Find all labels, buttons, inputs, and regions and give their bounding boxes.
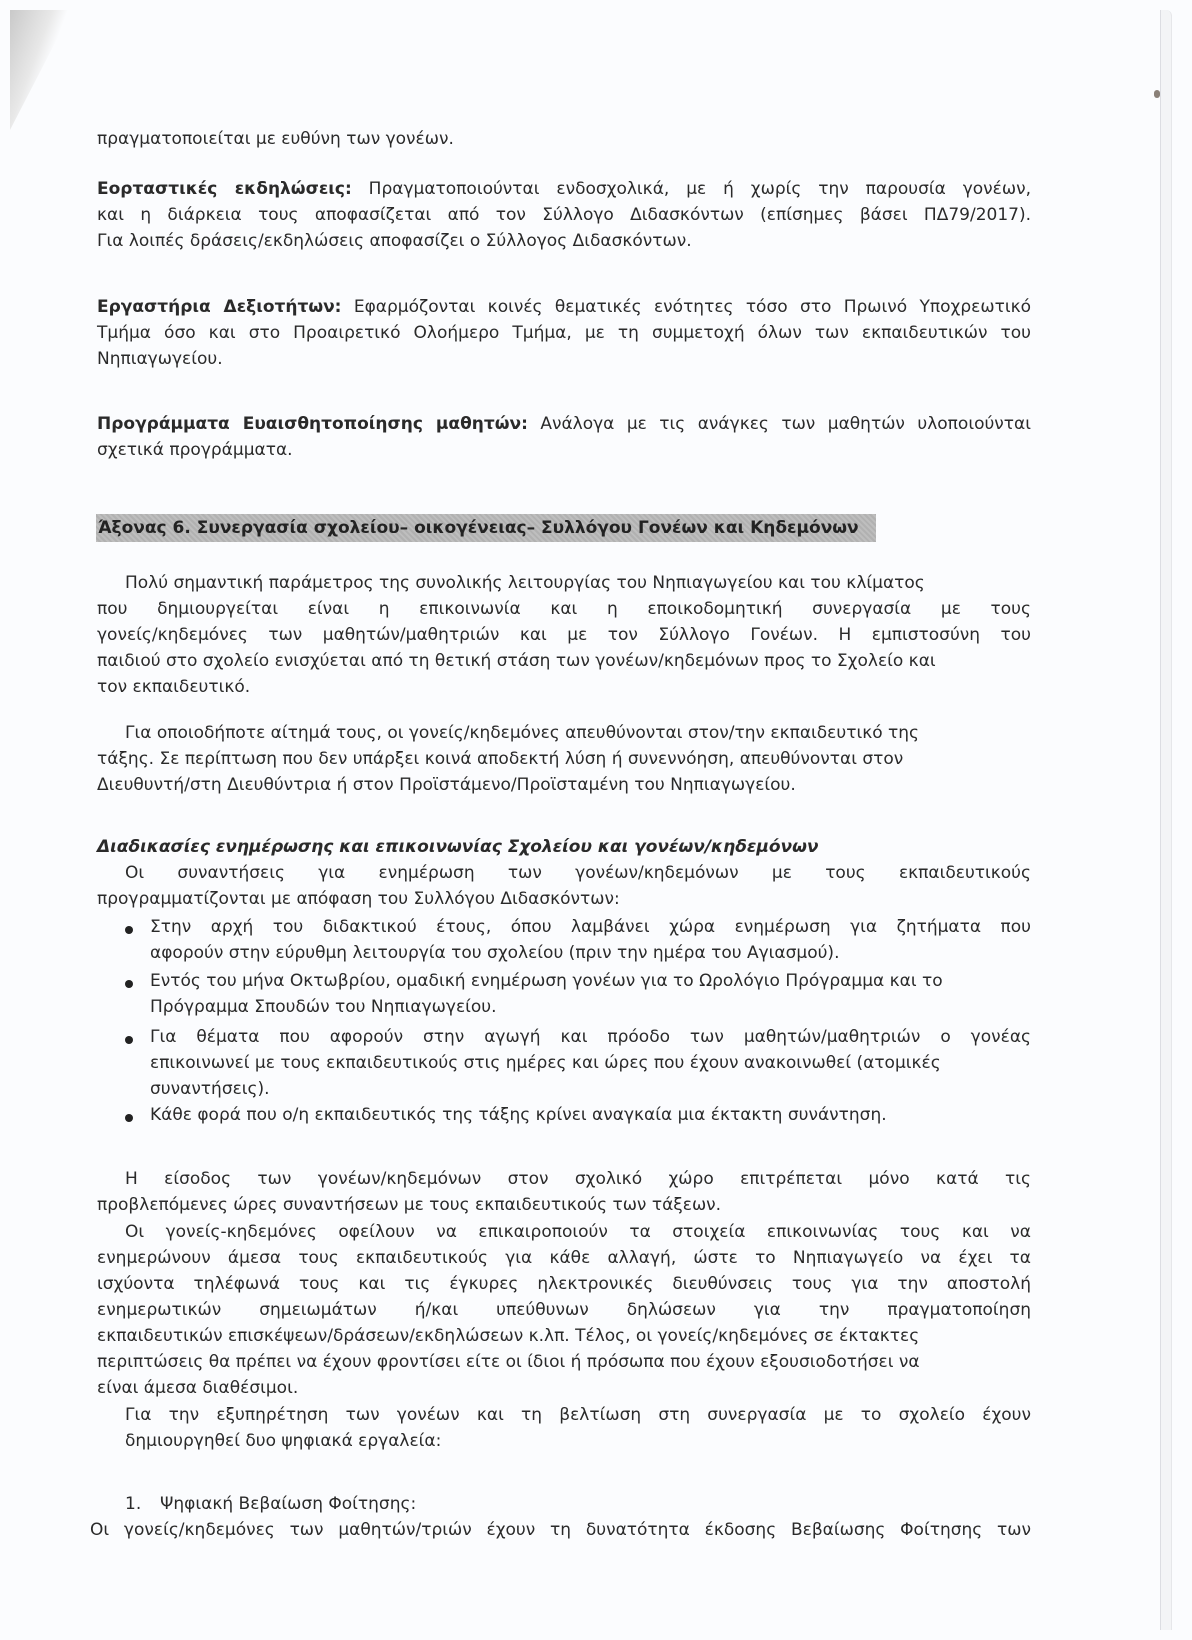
last-line: Οι γονείς/κηδεμόνες των μαθητών/τριών έχ… <box>90 1519 1031 1541</box>
bullet-3-line-3: συναντήσεις). <box>150 1078 270 1100</box>
bullet-3-line-1: Για θέματα που αφορούν στην αγωγή και πρ… <box>150 1026 1031 1048</box>
paragraph-5-line-1: Οι γονείς-κηδεμόνες οφείλουν να επικαιρο… <box>125 1221 1031 1243</box>
page-edge <box>1160 10 1172 1630</box>
workshops-line-3: Νηπιαγωγείου. <box>97 348 223 370</box>
numbered-item-label: Ψηφιακή Βεβαίωση Φοίτησης: <box>160 1493 416 1515</box>
festive-events-line-3: Για λοιπές δράσεις/εκδηλώσεις αποφασίζει… <box>97 230 692 252</box>
bullet-3-line-2: επικοινωνεί με τους εκπαιδευτικούς στις … <box>150 1052 941 1074</box>
awareness-label: Προγράμματα Ευαισθητοποίησης μαθητών: <box>97 414 528 434</box>
section-heading: Άξονας 6. Συνεργασία σχολείου– οικογένει… <box>98 517 859 539</box>
bullet-1-line-2: αφορούν στην εύρυθμη λειτουργία του σχολ… <box>150 942 839 964</box>
bullet-icon <box>125 926 133 934</box>
paragraph-4-line-2: προβλεπόμενες ώρες συναντήσεων με τους ε… <box>97 1194 721 1216</box>
bullet-4-line-1: Κάθε φορά που ο/η εκπαιδευτικός της τάξη… <box>150 1104 887 1126</box>
festive-events-text: Πραγματοποιούνται ενδοσχολικά, με ή χωρί… <box>352 179 1031 199</box>
folded-corner <box>10 10 72 130</box>
numbered-item-number: 1. <box>125 1493 141 1515</box>
bullet-2-line-2: Πρόγραμμα Σπουδών του Νηπιαγωγείου. <box>150 996 497 1018</box>
paragraph-1-line-4: παιδιού στο σχολείο ενισχύεται από τη θε… <box>97 650 936 672</box>
paragraph-1-line-2: που δημιουργείται είναι η επικοινωνία κα… <box>97 598 1031 620</box>
bullet-icon <box>125 980 133 988</box>
workshops-label: Εργαστήρια Δεξιοτήτων: <box>97 297 341 317</box>
workshops-line-1: Εργαστήρια Δεξιοτήτων: Εφαρμόζονται κοιν… <box>97 296 1031 318</box>
paragraph-4-line-1: Η είσοδος των γονέων/κηδεμόνων στον σχολ… <box>125 1168 1031 1190</box>
scan-speck <box>1154 90 1160 98</box>
paragraph-5-line-7: είναι άμεσα διαθέσιμοι. <box>97 1377 298 1399</box>
paragraph-2-line-1: Για οποιοδήποτε αίτημά τους, οι γονείς/κ… <box>125 722 919 744</box>
festive-events-line-2: και η διάρκεια τους αποφασίζεται από τον… <box>97 204 1031 226</box>
paragraph-6-line-2: δημιουργηθεί δυο ψηφιακά εργαλεία: <box>125 1430 441 1452</box>
paragraph-6-line-1: Για την εξυπηρέτηση των γονέων και τη βε… <box>125 1404 1031 1426</box>
bullet-1-line-1: Στην αρχή του διδακτικού έτους, όπου λαμ… <box>150 916 1031 938</box>
bullet-2-line-1: Εντός του μήνα Οκτωβρίου, ομαδική ενημέρ… <box>150 970 943 992</box>
bullet-icon <box>125 1036 133 1044</box>
paragraph-2-line-3: Διευθυντή/στη Διευθύντρια ή στον Προϊστά… <box>97 774 796 796</box>
workshops-line-2: Τμήμα όσο και στο Προαιρετικό Ολοήμερο Τ… <box>97 322 1031 344</box>
paragraph-5-line-2: ενημερώνουν άμεσα τους εκπαιδευτικούς γι… <box>97 1247 1031 1269</box>
workshops-text: Εφαρμόζονται κοινές θεματικές ενότητες τ… <box>341 297 1031 317</box>
awareness-text: Ανάλογα με τις ανάγκες των μαθητών υλοπο… <box>528 414 1031 434</box>
paragraph-1-line-1: Πολύ σημαντική παράμετρος της συνολικής … <box>125 572 925 594</box>
paragraph-2-line-2: τάξης. Σε περίπτωση που δεν υπάρξει κοιν… <box>97 748 903 770</box>
paragraph-3-line-1: Οι συναντήσεις για ενημέρωση των γονέων/… <box>125 862 1031 884</box>
bullet-icon <box>125 1114 133 1122</box>
subheading: Διαδικασίες ενημέρωσης και επικοινωνίας … <box>97 836 818 858</box>
scanned-document-page: πραγματοποιείται με ευθύνη των γονέων. Ε… <box>0 0 1192 1640</box>
awareness-line-1: Προγράμματα Ευαισθητοποίησης μαθητών: Αν… <box>97 413 1031 435</box>
paragraph-5-line-3: ισχύοντα τηλέφωνά τους και τις έγκυρες η… <box>97 1273 1031 1295</box>
paragraph-3-line-2: προγραμματίζονται με απόφαση του Συλλόγο… <box>97 888 620 910</box>
paragraph-5-line-5: εκπαιδευτικών επισκέψεων/δράσεων/εκδηλώσ… <box>97 1325 919 1347</box>
paragraph-5-line-4: ενημερωτικών σημειωμάτων ή/και υπεύθυνων… <box>97 1299 1031 1321</box>
awareness-line-2: σχετικά προγράμματα. <box>97 439 293 461</box>
paragraph-1-line-3: γονείς/κηδεμόνες των μαθητών/μαθητριών κ… <box>97 624 1031 646</box>
paragraph-5-line-6: περιπτώσεις θα πρέπει να έχουν φροντίσει… <box>97 1351 920 1373</box>
intro-line: πραγματοποιείται με ευθύνη των γονέων. <box>97 128 454 150</box>
paragraph-1-line-5: τον εκπαιδευτικό. <box>97 676 250 698</box>
festive-events-line-1: Εορταστικές εκδηλώσεις: Πραγματοποιούντα… <box>97 178 1031 200</box>
festive-events-label: Εορταστικές εκδηλώσεις: <box>97 179 352 199</box>
